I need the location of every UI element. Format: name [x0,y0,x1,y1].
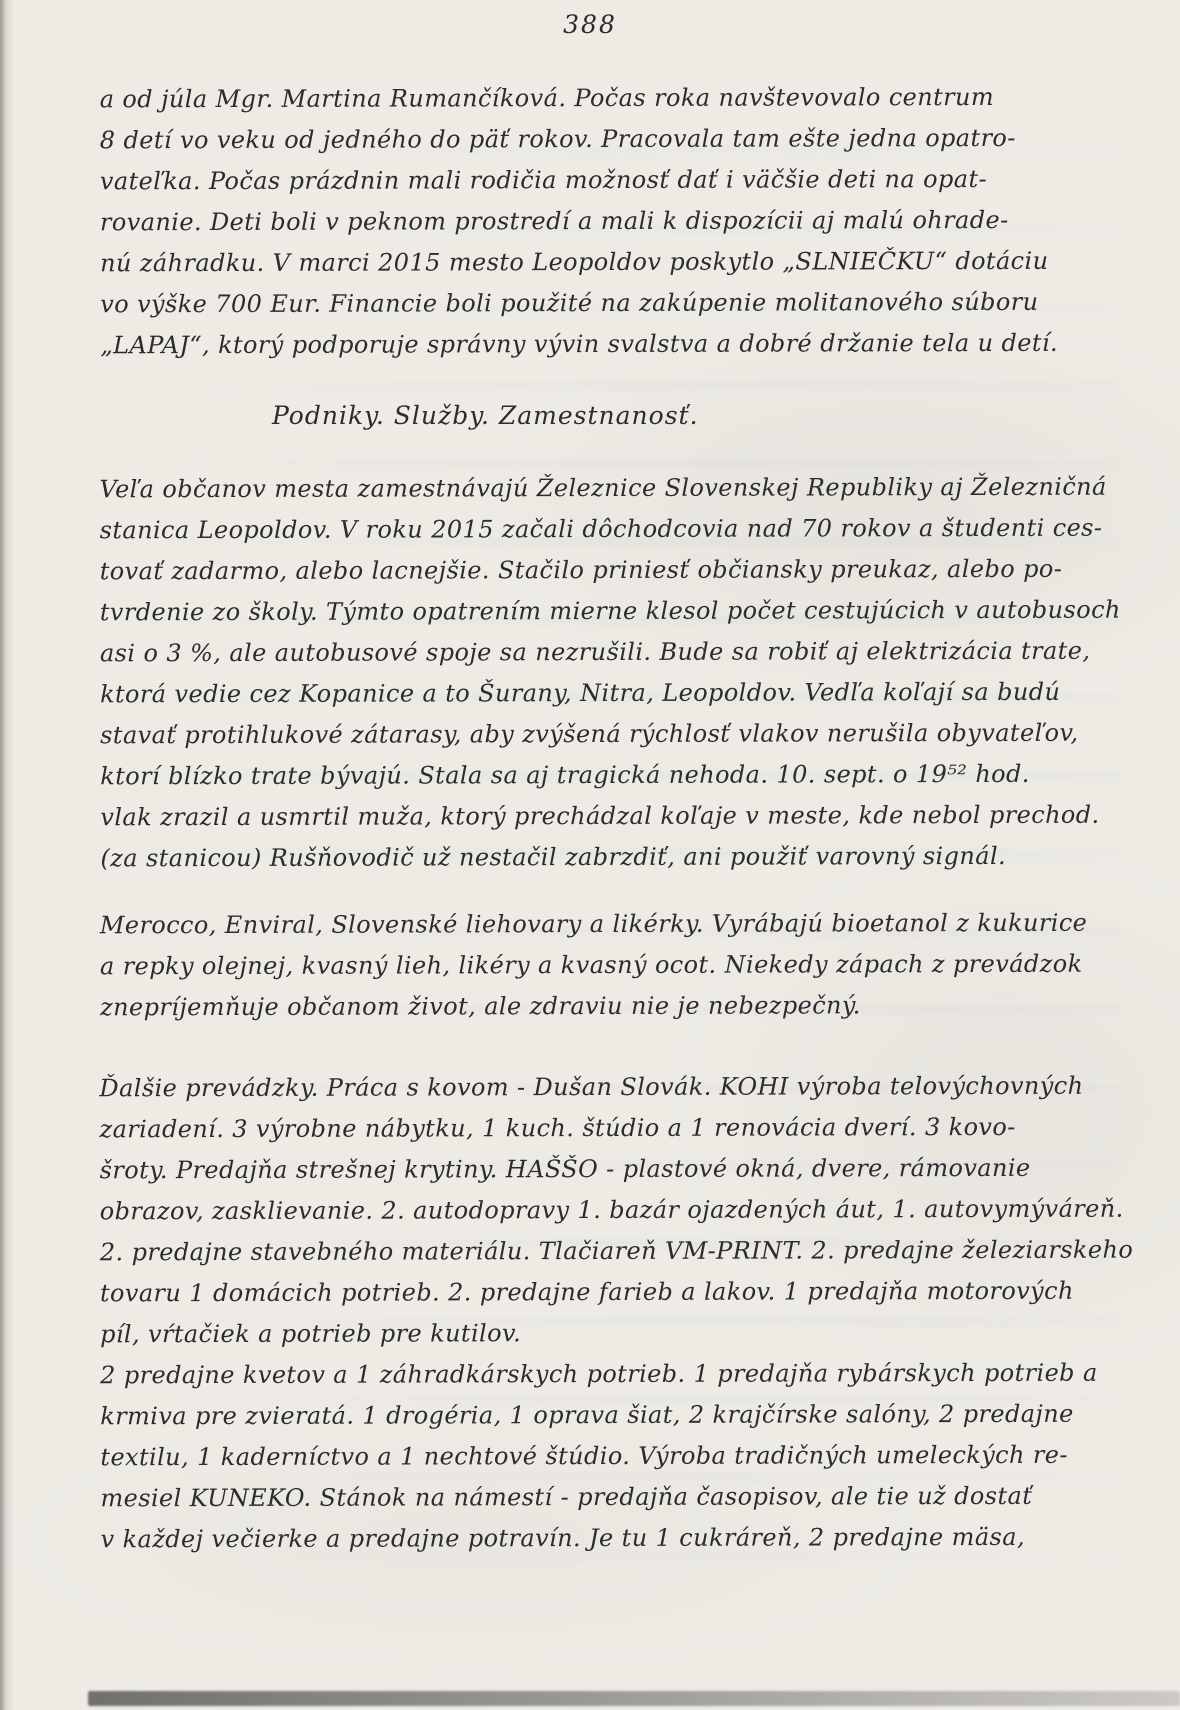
page-bottom-edge-shadow [88,1691,1180,1706]
page-number: 388 [0,10,1180,39]
text-line: (za stanicou) Rušňovodič už nestačil zab… [100,836,1100,880]
text-line: píl, vŕtačiek a potrieb pre kutilov. [100,1312,1100,1356]
page-left-edge-shadow [0,0,14,1710]
text-line: stavať protihlukové zátarasy, aby zvýšen… [100,713,1100,757]
section-heading: Podniky. Služby. Zamestnanosť. [100,395,1100,436]
text-line: zariadení. 3 výrobne nábytku, 1 kuch. št… [99,1107,1099,1151]
text-line: tovať zadarmo, alebo lacnejšie. Stačilo … [100,549,1100,593]
text-line: a repky olejnej, kvasný lieh, likéry a k… [100,944,1100,988]
text-line: 8 detí vo veku od jedného do päť rokov. … [100,118,1100,162]
paragraph-childcare-centre: a od júla Mgr. Martina Rumančíková. Poča… [100,77,1101,367]
text-line: rovanie. Deti boli v peknom prostredí a … [100,200,1100,244]
paragraph-railway-employment: Veľa občanov mesta zamestnávajú Železnic… [99,467,1100,880]
text-line: mesiel KUNEKO. Stánok na námestí - preda… [100,1476,1100,1520]
text-line: krmiva pre zvieratá. 1 drogéria, 1 oprav… [100,1394,1100,1438]
text-line: stanica Leopoldov. V roku 2015 začali dô… [100,508,1100,552]
text-line: Merocco, Enviral, Slovenské liehovary a … [100,903,1100,947]
paragraph-local-businesses: Ďalšie prevádzky. Práca s kovom - Dušan … [99,1066,1100,1561]
text-line: ktorí blízko trate bývajú. Stala sa aj t… [100,754,1100,798]
chronicle-page: 388 a od júla Mgr. Martina Rumančíková. … [0,0,1180,1710]
text-line: vo výške 700 Eur. Financie boli použité … [100,282,1100,326]
text-line: a od júla Mgr. Martina Rumančíková. Poča… [100,77,1100,121]
text-line: Ďalšie prevádzky. Práca s kovom - Dušan … [99,1066,1099,1110]
text-line: 2. predajne stavebného materiálu. Tlačia… [100,1230,1100,1274]
text-line: vateľka. Počas prázdnin mali rodičia mož… [100,159,1100,203]
text-line: asi o 3 %, ale autobusové spoje sa nezru… [100,631,1100,675]
text-line: obrazov, zasklievanie. 2. autodopravy 1.… [100,1189,1100,1233]
text-line: nú záhradku. V marci 2015 mesto Leopoldo… [100,241,1100,285]
text-line: textilu, 1 kaderníctvo a 1 nechtové štúd… [100,1435,1100,1479]
text-line: znepríjemňuje občanom život, ale zdraviu… [100,985,1100,1029]
text-line: v každej večierke a predajne potravín. J… [101,1517,1101,1561]
paragraph-distilleries: Merocco, Enviral, Slovenské liehovary a … [100,903,1100,1029]
text-line: šroty. Predajňa strešnej krytiny. HAŠŠO … [100,1148,1100,1192]
text-line: 2 predajne kvetov a 1 záhradkárskych pot… [100,1353,1100,1397]
text-line: „LAPAJ“, ktorý podporuje správny vývin s… [100,323,1100,367]
text-line: tvrdenie zo školy. Týmto opatrením miern… [100,590,1100,634]
text-line: ktorá vedie cez Kopanice a to Šurany, Ni… [100,672,1100,716]
handwritten-text-block: a od júla Mgr. Martina Rumančíková. Poča… [100,78,1100,1559]
text-line: Veľa občanov mesta zamestnávajú Železnic… [99,467,1099,511]
text-line: tovaru 1 domácich potrieb. 2. predajne f… [100,1271,1100,1315]
text-line: vlak zrazil a usmrtil muža, ktorý prechá… [100,795,1100,839]
